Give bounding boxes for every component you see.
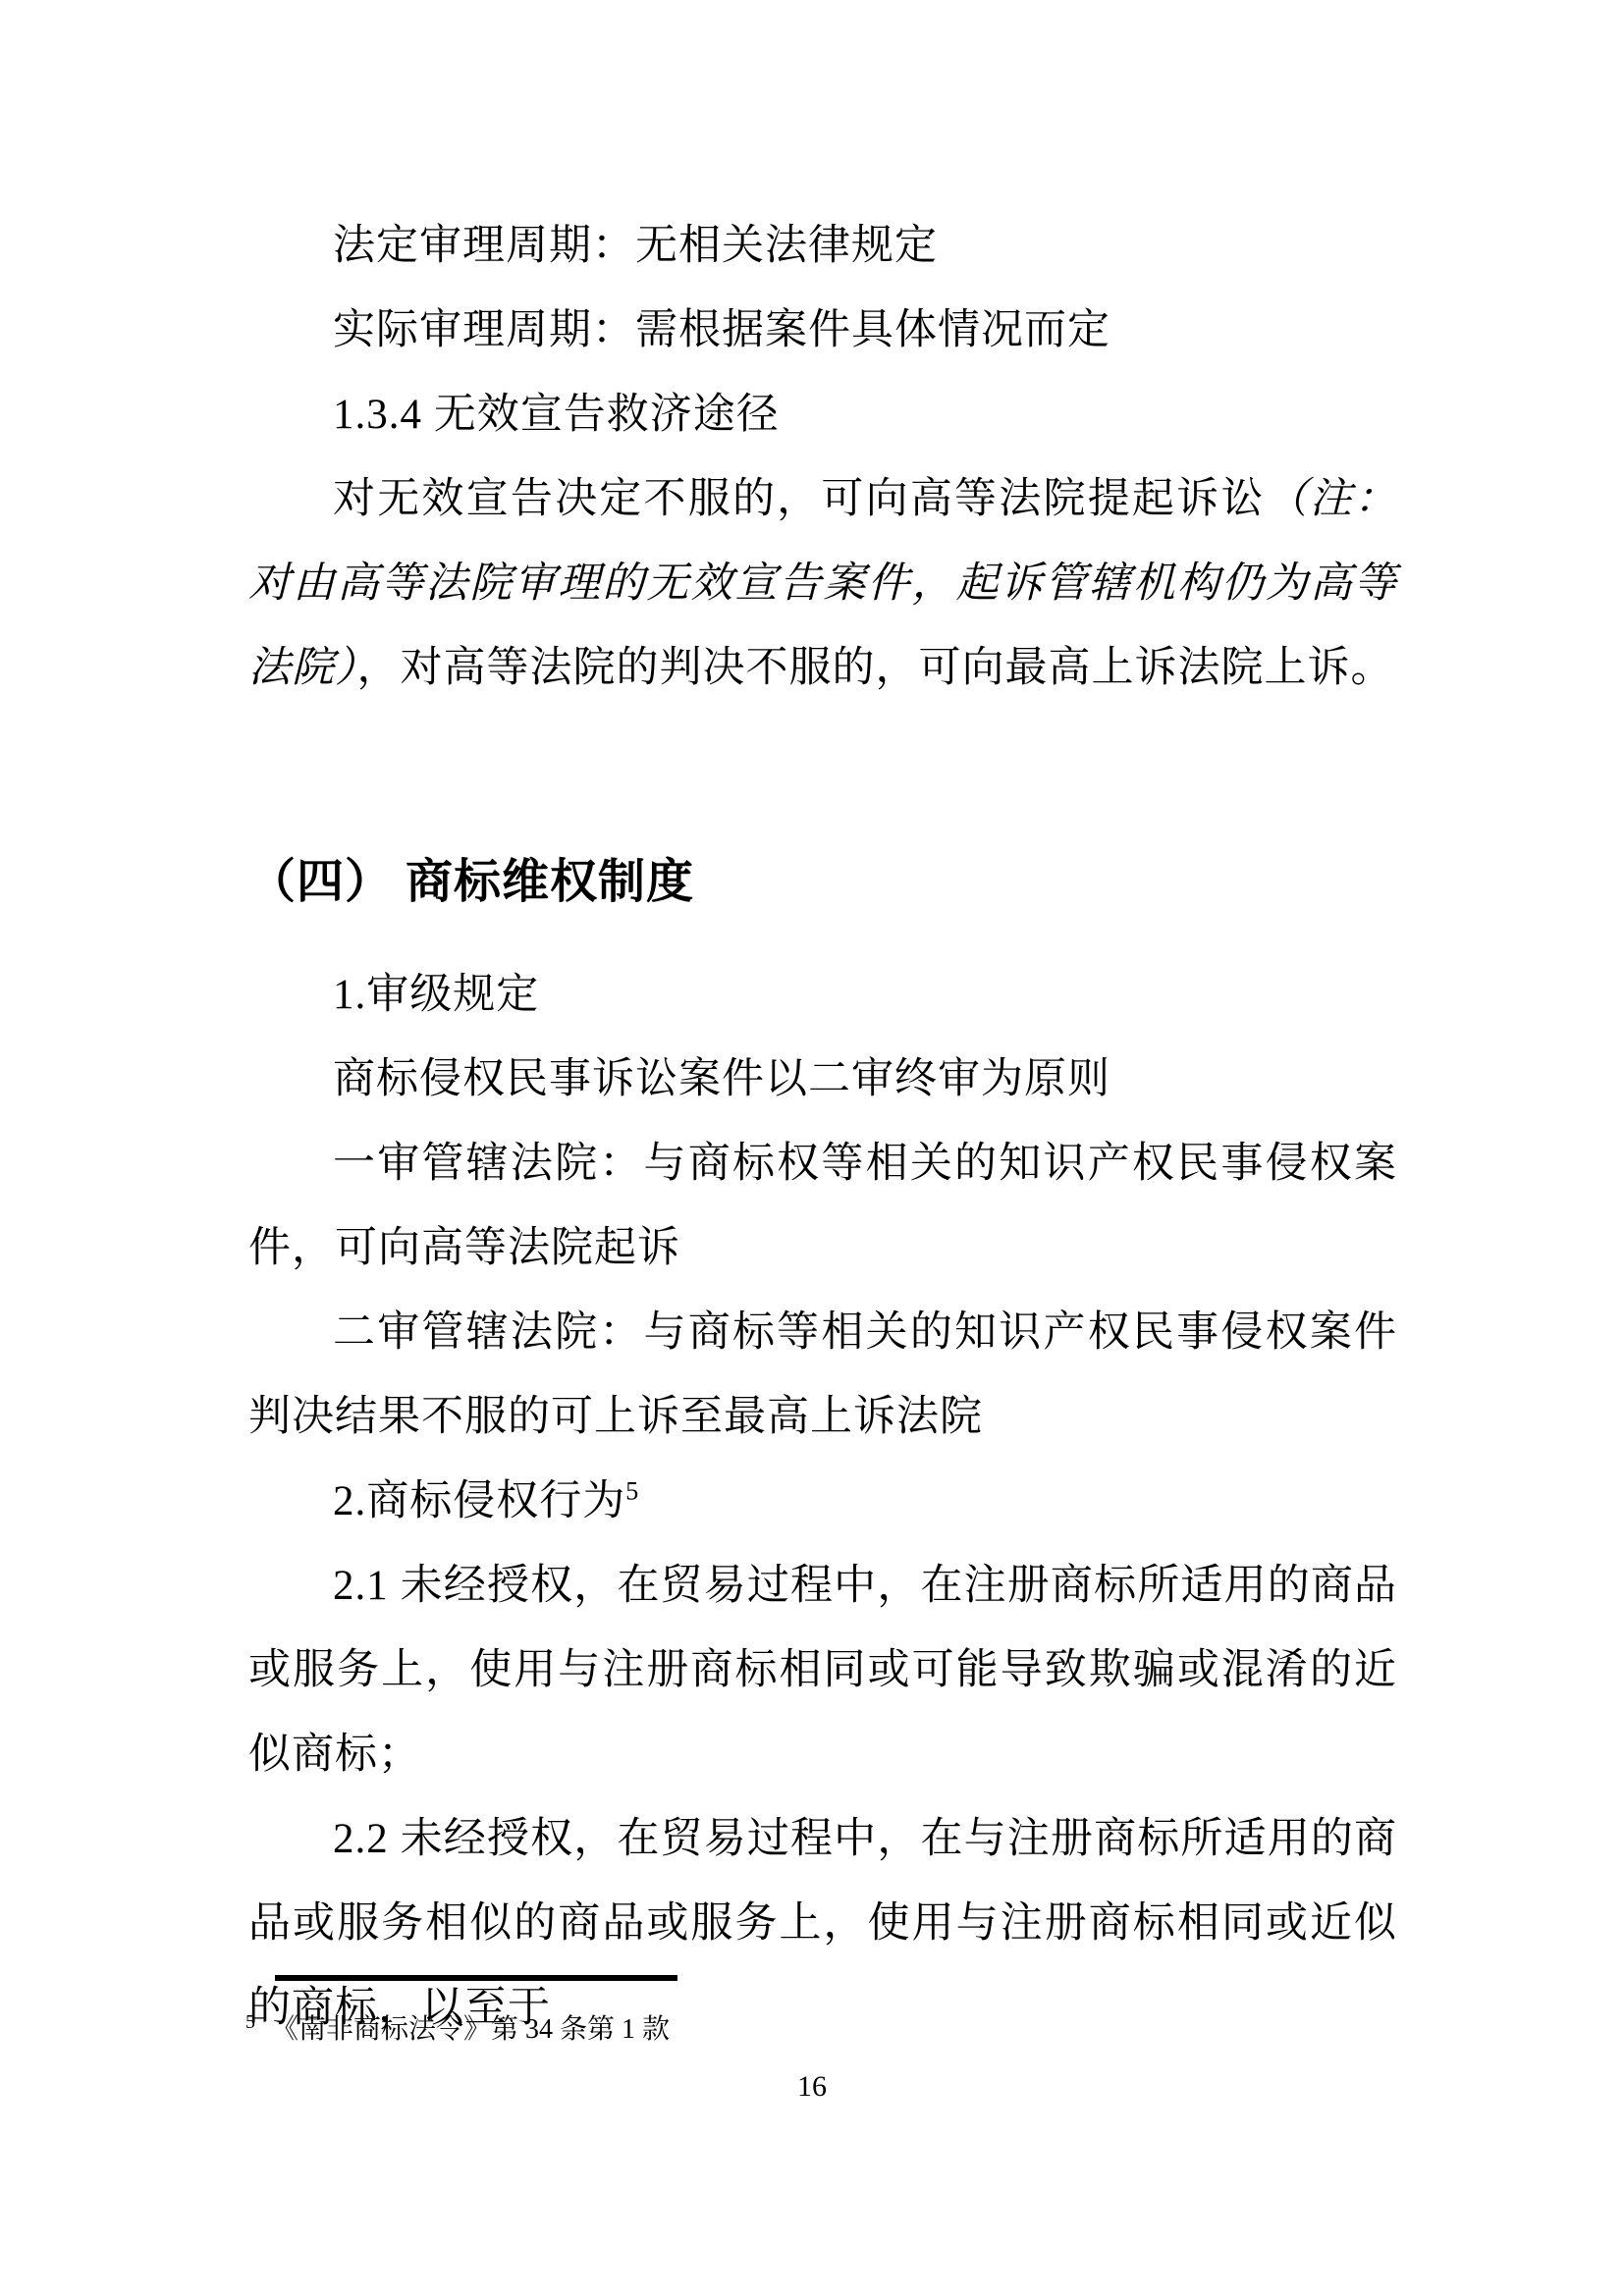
paragraph-trial-level-rule: 1.审级规定 bbox=[248, 953, 1397, 1038]
footnote-marker: 5 bbox=[245, 2011, 255, 2033]
document-body: 法定审理周期：无相关法律规定 实际审理周期：需根据案件具体情况而定 1.3.4 … bbox=[248, 204, 1397, 2051]
footnote-text: 《南非商标法令》第 34 条第 1 款 bbox=[271, 2014, 670, 2045]
paragraph-infringement-2-1: 2.1 未经授权，在贸易过程中，在注册商标所适用的商品或服务上，使用与注册商标相… bbox=[248, 1544, 1397, 1797]
document-page: 法定审理周期：无相关法律规定 实际审理周期：需根据案件具体情况而定 1.3.4 … bbox=[0, 0, 1624, 2296]
remedy-text-post: ，对高等法院的判决不服的，可向最高上诉法院上诉。 bbox=[357, 645, 1394, 691]
section-heading-trademark-enforcement: （四） 商标维权制度 bbox=[248, 840, 1397, 925]
infringement-acts-text: 2.商标侵权行为 bbox=[333, 1478, 625, 1524]
footnote: 5《南非商标法令》第 34 条第 1 款 bbox=[245, 2008, 670, 2052]
paragraph-heading-1-3-4: 1.3.4 无效宣告救济途径 bbox=[248, 373, 1397, 457]
page-number: 16 bbox=[0, 2065, 1624, 2109]
paragraph-second-instance-court: 二审管辖法院：与商标等相关的知识产权民事侵权案件判决结果不服的可上诉至最高上诉法… bbox=[248, 1291, 1397, 1460]
paragraph-actual-review-period: 实际审理周期：需根据案件具体情况而定 bbox=[248, 289, 1397, 373]
footnote-reference-5: 5 bbox=[625, 1477, 639, 1506]
paragraph-two-trial-principle: 商标侵权民事诉讼案件以二审终审为原则 bbox=[248, 1038, 1397, 1122]
remedy-text-pre: 对无效宣告决定不服的，可向高等法院提起诉讼 bbox=[333, 476, 1266, 522]
paragraph-legal-review-period: 法定审理周期：无相关法律规定 bbox=[248, 204, 1397, 289]
paragraph-infringement-acts: 2.商标侵权行为5 bbox=[248, 1460, 1397, 1544]
paragraph-first-instance-court: 一审管辖法院：与商标权等相关的知识产权民事侵权案件，可向高等法院起诉 bbox=[248, 1122, 1397, 1291]
footnote-separator-line bbox=[275, 1975, 677, 1981]
paragraph-invalidation-remedy: 对无效宣告决定不服的，可向高等法院提起诉讼（注：对由高等法院审理的无效宣告案件，… bbox=[248, 457, 1397, 711]
